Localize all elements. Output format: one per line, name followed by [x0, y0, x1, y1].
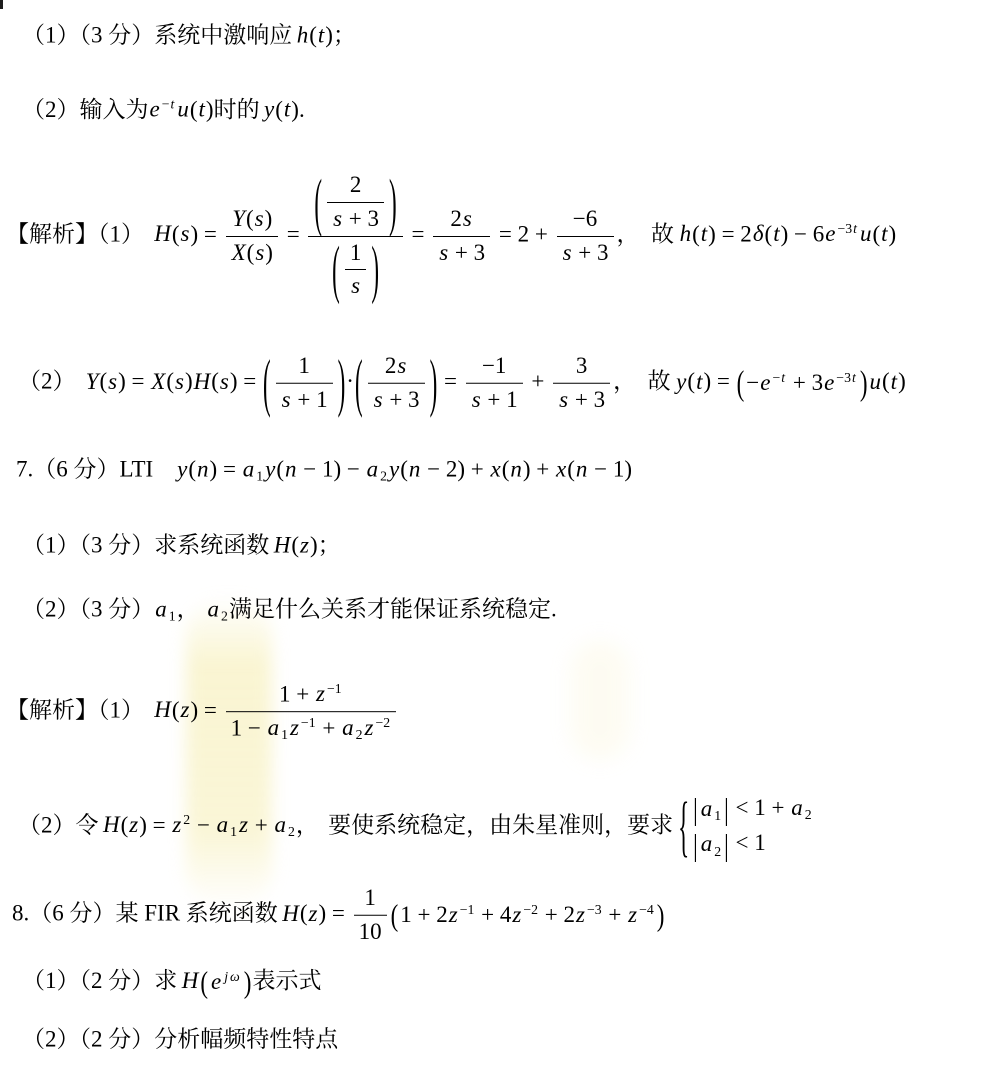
text-run: 1 [169, 608, 176, 623]
math-var: s [107, 368, 118, 393]
text-run: ) = [703, 368, 735, 393]
math-var: z [128, 812, 139, 837]
text-run: ) [185, 368, 193, 393]
math-var: a [242, 456, 256, 481]
math-var: δ [752, 221, 765, 246]
math-var: e [824, 221, 836, 246]
left-paren-icon: ( [314, 170, 322, 234]
numerator: 1 + z−1 [226, 680, 397, 712]
left-paren-icon: ( [391, 899, 399, 930]
math-var: s [350, 273, 361, 298]
text-run: −2 [523, 901, 538, 916]
scan-artifact [0, 0, 3, 9]
math-var: a [154, 596, 168, 621]
document-page: （1）（3 分）系统中激响应h(t)； （2）输入为e−tu(t)时的y(t).… [0, 0, 981, 1071]
q7-part2-line: （2）（3 分）a1，a2满足什么关系才能保证系统稳定. [22, 595, 557, 624]
abs-group: |a2| [693, 831, 729, 860]
denominator: (1s) [308, 237, 402, 302]
text-run: ) = 2 [708, 221, 752, 246]
subscript: 2 [355, 728, 364, 743]
math-var: H [102, 812, 121, 837]
text-run: ) = [139, 812, 171, 837]
text-run: ( [400, 456, 408, 481]
text-run: ( [291, 533, 299, 558]
text-run: ( [99, 368, 107, 393]
denominator: s [345, 270, 367, 301]
subscript: 2 [379, 468, 388, 483]
numerator: 2 [327, 171, 384, 203]
text-run: 2 [183, 812, 190, 827]
abs-content: a2 [698, 831, 724, 860]
text-run: 1 [714, 808, 721, 823]
text-run: 【解析】（1） [6, 221, 144, 246]
math-var: H [273, 533, 292, 558]
text-run: 1 [281, 728, 288, 743]
q6-part1-line: （1）（3 分）系统中激响应h(t)； [22, 22, 356, 51]
text-run: （2）令 [18, 812, 99, 837]
math-var: s [174, 368, 185, 393]
math-var: H [181, 968, 200, 993]
text-run: + 3 [449, 240, 485, 265]
abs-group: |a1| [693, 795, 729, 824]
text-run: ). [291, 97, 304, 122]
math-var: s [562, 240, 573, 265]
math-var: y [675, 368, 687, 393]
denominator: s + 3 [327, 203, 384, 234]
math-var: t [700, 221, 708, 246]
math-fraction: 1s + 1 [276, 352, 333, 415]
right-bar-icon: | [724, 795, 729, 825]
math-var: t [880, 221, 888, 246]
math-var: u [869, 368, 883, 393]
text-run: ) = [190, 221, 222, 246]
math-var: x [555, 456, 567, 481]
superscript: −3 [586, 901, 603, 916]
denominator: s + 1 [276, 384, 333, 415]
text-run: ) = [190, 697, 222, 722]
text-run: + 3 [573, 240, 609, 265]
right-paren-icon: ) [371, 238, 379, 302]
math-var: t [851, 369, 857, 384]
text-run: − [162, 96, 170, 111]
left-paren-icon: ( [200, 967, 208, 998]
numerator: 3 [553, 352, 610, 384]
denominator: 10 [354, 916, 387, 947]
math-var: z [289, 715, 300, 740]
denominator: 1 − a1z−1 + a2z−2 [226, 712, 397, 744]
math-var: e [149, 97, 161, 122]
text-run: （1）（3 分）系统中激响应 [22, 23, 292, 48]
math-var: H [153, 221, 172, 246]
text-run: ( [211, 368, 219, 393]
text-run: 故 [648, 368, 671, 393]
math-var: z [171, 812, 182, 837]
text-run: （2） [18, 368, 76, 393]
text-run: （2）（3 分） [22, 596, 154, 621]
text-run: ， [613, 368, 636, 393]
math-var: Y [231, 206, 246, 231]
q8-header-line: 8.（6 分）某 FIR 系统函数H(z) = 110(1 + 2z−1 + 4… [12, 884, 665, 947]
highlight-streak-secondary [570, 640, 630, 760]
math-fraction: 1 + z−11 − a1z−1 + a2z−2 [226, 680, 397, 744]
text-run: −6 [573, 206, 597, 231]
text-run: ) [265, 240, 273, 265]
math-var: a [207, 596, 221, 621]
text-run: 时的 [214, 97, 260, 122]
text-run: + 1 [292, 387, 328, 412]
text-run: 1 [230, 824, 237, 839]
text-run: 1 [364, 885, 376, 910]
math-var: s [179, 221, 190, 246]
cases-column: |a1| < 1 + a2|a2| < 1 [692, 794, 812, 860]
text-run: + 2 [539, 902, 575, 927]
text-run: （2）（2 分）分析幅频特性特点 [22, 1027, 338, 1052]
text-run: 2 [714, 844, 721, 859]
numerator: 1 [345, 239, 367, 271]
math-var: H [153, 697, 172, 722]
text-run: ) [898, 368, 906, 393]
math-var: z [238, 812, 249, 837]
math-var: s [254, 206, 265, 231]
text-run: −3 [837, 221, 852, 236]
math-var: ω [229, 969, 241, 984]
text-run: −4 [639, 901, 654, 916]
text-run: + [603, 902, 627, 927]
math-var: h [679, 221, 693, 246]
subscript: 1 [280, 728, 289, 743]
text-run: ) = [318, 900, 350, 925]
paren-group: (1 + 2z−1 + 4z−2 + 2z−3 + z−4) [391, 900, 665, 929]
math-var: a [267, 715, 281, 740]
q7-solution2-line: （2）令H(z) = z2 − a1z + a2，要使系统稳定，由朱星准则，要求… [18, 794, 813, 860]
highlight-streak [186, 596, 272, 910]
superscript: −3t [836, 221, 859, 236]
superscript: −4 [638, 901, 655, 916]
math-var: s [396, 353, 407, 378]
denominator: s + 1 [466, 384, 523, 415]
math-var: u [859, 221, 873, 246]
text-run: − 2) + [421, 456, 489, 481]
text-run: 10 [359, 919, 382, 944]
math-var: z [511, 902, 522, 927]
cases-row: |a2| < 1 [692, 830, 766, 860]
right-paren-icon: ) [657, 899, 665, 930]
paren-group: (2s + 3) [314, 171, 396, 234]
text-run: 3 [576, 353, 588, 378]
math-var: y [263, 97, 275, 122]
q7-solution1-line: 【解析】（1）H(z) = 1 + z−11 − a1z−1 + a2z−2 [6, 680, 399, 744]
subscript: 1 [713, 808, 722, 823]
math-var: z [299, 533, 310, 558]
text-run: − 1) [588, 456, 632, 481]
cases-group: {|a1| < 1 + a2|a2| < 1 [678, 794, 813, 860]
text-run: ) [889, 221, 897, 246]
text-run: ( [872, 221, 880, 246]
math-var: s [373, 387, 384, 412]
superscript: −t [161, 96, 177, 111]
math-fraction: Y(s)X(s) [226, 205, 278, 268]
text-run: 1 [350, 240, 362, 265]
paren-group: (2ss + 3) [355, 352, 437, 415]
text-run: ( [190, 97, 198, 122]
text-run: + 3 [384, 387, 420, 412]
math-var: n [408, 456, 422, 481]
numerator: −6 [557, 205, 614, 237]
text-run: ( [309, 23, 317, 48]
left-paren-icon: ( [332, 238, 340, 302]
paren-content: −e−t + 3e−3t [744, 368, 860, 397]
superscript: 2 [182, 812, 191, 827]
text-run: ) = [118, 368, 150, 393]
math-var: z [627, 902, 638, 927]
math-var: s [558, 387, 569, 412]
text-run: + 3 [569, 387, 605, 412]
text-run: ( [687, 368, 695, 393]
text-run: = [438, 368, 462, 393]
text-run: 2 [385, 353, 397, 378]
text-run: ) = [210, 456, 242, 481]
math-var: z [308, 900, 319, 925]
text-run: · [346, 368, 354, 393]
text-run: −1 [460, 901, 475, 916]
text-run: + 3 [787, 370, 823, 395]
right-bar-icon: | [724, 830, 729, 860]
right-paren-icon: ) [860, 366, 868, 401]
subscript: 2 [220, 608, 229, 623]
text-run: 2 [805, 807, 812, 822]
text-run: ， [177, 596, 200, 621]
math-var: a [366, 456, 380, 481]
text-run: ( [276, 456, 284, 481]
text-run: + 1 [482, 387, 518, 412]
superscript: −2 [522, 901, 539, 916]
math-var: n [509, 456, 523, 481]
q7-part1-line: （1）（3 分）求系统函数H(z)； [22, 532, 341, 561]
paren-group: (−e−t + 3e−3t) [737, 368, 868, 397]
text-run: + [249, 812, 273, 837]
text-run: + 4 [475, 902, 511, 927]
numerator: 1 [354, 884, 387, 916]
math-var: a [790, 795, 804, 820]
superscript: −1 [459, 901, 476, 916]
paren-group: (ejω) [200, 968, 251, 997]
paren-content: 1s [340, 239, 372, 302]
denominator: X(s) [226, 237, 278, 268]
text-run: ( [246, 206, 254, 231]
q6-solution2-line: （2）Y(s) = X(s)H(s) = (1s + 1)·(2ss + 3) … [18, 352, 906, 415]
superscript: −t [771, 369, 787, 384]
text-run: 1 + [279, 681, 315, 706]
math-var: z [364, 715, 375, 740]
math-var: h [296, 23, 310, 48]
math-fraction: 3s + 3 [553, 352, 610, 415]
paren-content: ejω [208, 968, 244, 997]
math-var: Y [85, 368, 100, 393]
math-var: X [231, 240, 247, 265]
math-var: n [575, 456, 589, 481]
paren-content: 1 + 2z−1 + 4z−2 + 2z−3 + z−4 [398, 900, 657, 929]
math-var: n [284, 456, 298, 481]
text-run: ， [296, 812, 319, 837]
math-var: a [700, 796, 714, 821]
numerator: Y(s) [226, 205, 278, 237]
superscript: jω [222, 969, 242, 984]
math-var: z [315, 681, 326, 706]
math-var: y [176, 456, 188, 481]
denominator: s + 3 [553, 384, 610, 415]
math-var: z [179, 697, 190, 722]
q7-header-line: 7.（6 分）LTIy(n) = a1y(n − 1) − a2y(n − 2)… [16, 455, 632, 484]
math-fraction: −6s + 3 [557, 205, 614, 268]
text-run: ) + [523, 456, 555, 481]
text-run: ( [188, 456, 196, 481]
math-fraction: 1s [345, 239, 367, 302]
text-run: ( [275, 97, 283, 122]
right-paren-icon: ) [389, 170, 397, 234]
text-run: −1 [327, 681, 342, 696]
text-run: = [406, 221, 430, 246]
text-run: − [191, 812, 215, 837]
paren-content: 2s + 3 [322, 171, 389, 234]
math-var: t [780, 369, 786, 384]
subscript: 2 [804, 807, 813, 822]
math-var: s [471, 387, 482, 412]
math-fraction: 2s + 3 [327, 171, 384, 234]
text-run: 1 [298, 353, 310, 378]
paren-content: 1s + 1 [271, 352, 338, 415]
text-run: （1）（2 分）求 [22, 968, 177, 993]
math-var: t [198, 97, 206, 122]
numerator: 2s [368, 352, 425, 384]
text-run: 2 [450, 206, 462, 231]
denominator: s + 3 [368, 384, 425, 415]
text-run: 2 [221, 608, 228, 623]
text-run: ( [567, 456, 575, 481]
math-var: H [193, 368, 212, 393]
text-run: 2 [350, 172, 362, 197]
left-paren-icon: ( [263, 351, 271, 415]
math-var: e [210, 969, 222, 994]
cases-row: |a1| < 1 + a2 [692, 794, 812, 824]
left-brace-icon: { [678, 793, 689, 861]
denominator: s + 3 [433, 237, 490, 268]
math-var: t [317, 23, 325, 48]
numerator: 1 [276, 352, 333, 384]
text-run: 要使系统稳定，由朱星准则，要求 [328, 812, 673, 837]
left-paren-icon: ( [355, 351, 363, 415]
numerator: −1 [466, 352, 523, 384]
text-run: 1 − [231, 715, 267, 740]
math-var: H [281, 900, 300, 925]
text-run: = [281, 221, 305, 246]
text-run: 7.（6 分）LTI [16, 456, 153, 481]
math-fraction: 2ss + 3 [433, 205, 490, 268]
text-run: 满足什么关系才能保证系统稳定. [229, 596, 557, 621]
text-run: )； [325, 23, 356, 48]
text-run: − [746, 370, 759, 395]
math-var: y [388, 456, 400, 481]
text-run: < 1 + [730, 795, 790, 820]
text-run: )； [310, 533, 341, 558]
text-run: + 3 [343, 206, 379, 231]
text-run: 表示式 [252, 968, 321, 993]
superscript: −3t [835, 369, 858, 384]
text-run: 2 [380, 468, 387, 483]
math-fraction: (2s + 3)(1s) [308, 171, 402, 301]
math-var: a [274, 812, 288, 837]
numerator: (2s + 3) [308, 171, 402, 237]
text-run: 故 [651, 221, 674, 246]
math-var: t [772, 221, 780, 246]
text-run: ( [692, 221, 700, 246]
math-var: n [196, 456, 210, 481]
math-var: a [700, 832, 714, 857]
text-run: + [317, 715, 341, 740]
left-bar-icon: | [693, 795, 698, 825]
text-run: ) [265, 206, 273, 231]
math-var: z [448, 902, 459, 927]
q6-solution1-line: 【解析】（1）H(s) = Y(s)X(s) = (2s + 3)(1s) = … [6, 171, 896, 301]
math-var: s [219, 368, 230, 393]
text-run: （1）（3 分）求系统函数 [22, 533, 269, 558]
left-bar-icon: | [693, 830, 698, 860]
text-run: −3 [587, 901, 602, 916]
text-run: 8.（6 分）某 FIR 系统函数 [12, 900, 278, 925]
text-run: < 1 [730, 831, 766, 856]
math-var: X [150, 368, 166, 393]
paren-group: (1s + 1) [263, 352, 345, 415]
math-var: t [852, 221, 858, 236]
text-run: ( [166, 368, 174, 393]
text-run: ) − 6 [781, 221, 825, 246]
math-var: a [341, 715, 355, 740]
text-run: 【解析】（1） [6, 697, 144, 722]
text-run: − 1) − [297, 456, 365, 481]
math-var: e [759, 370, 771, 395]
math-var: s [438, 240, 449, 265]
right-paren-icon: ) [430, 351, 438, 415]
right-paren-icon: ) [338, 351, 346, 415]
left-paren-icon: ( [737, 366, 745, 401]
math-var: s [281, 387, 292, 412]
q6-part2-line: （2）输入为e−tu(t)时的y(t). [22, 95, 305, 124]
math-var: u [176, 97, 190, 122]
text-run: + [526, 368, 550, 393]
math-var: y [264, 456, 276, 481]
subscript: 1 [255, 468, 264, 483]
text-run: （2）输入为 [22, 97, 149, 122]
subscript: 2 [713, 844, 722, 859]
math-var: e [823, 370, 835, 395]
math-var: z [575, 902, 586, 927]
math-var: x [490, 456, 502, 481]
math-var: s [332, 206, 343, 231]
subscript: 1 [229, 824, 238, 839]
text-run: −2 [375, 715, 390, 730]
q8-part2-line: （2）（2 分）分析幅频特性特点 [22, 1026, 338, 1055]
math-fraction: −1s + 1 [466, 352, 523, 415]
denominator: s + 3 [557, 237, 614, 268]
superscript: −1 [300, 715, 317, 730]
paren-group: (1s) [332, 239, 379, 302]
math-var: a [216, 812, 230, 837]
math-var: t [170, 96, 176, 111]
right-paren-icon: ) [244, 967, 252, 998]
text-run: −1 [301, 715, 316, 730]
math-fraction: 2ss + 3 [368, 352, 425, 415]
superscript: −2 [374, 715, 391, 730]
text-run: −3 [836, 369, 851, 384]
